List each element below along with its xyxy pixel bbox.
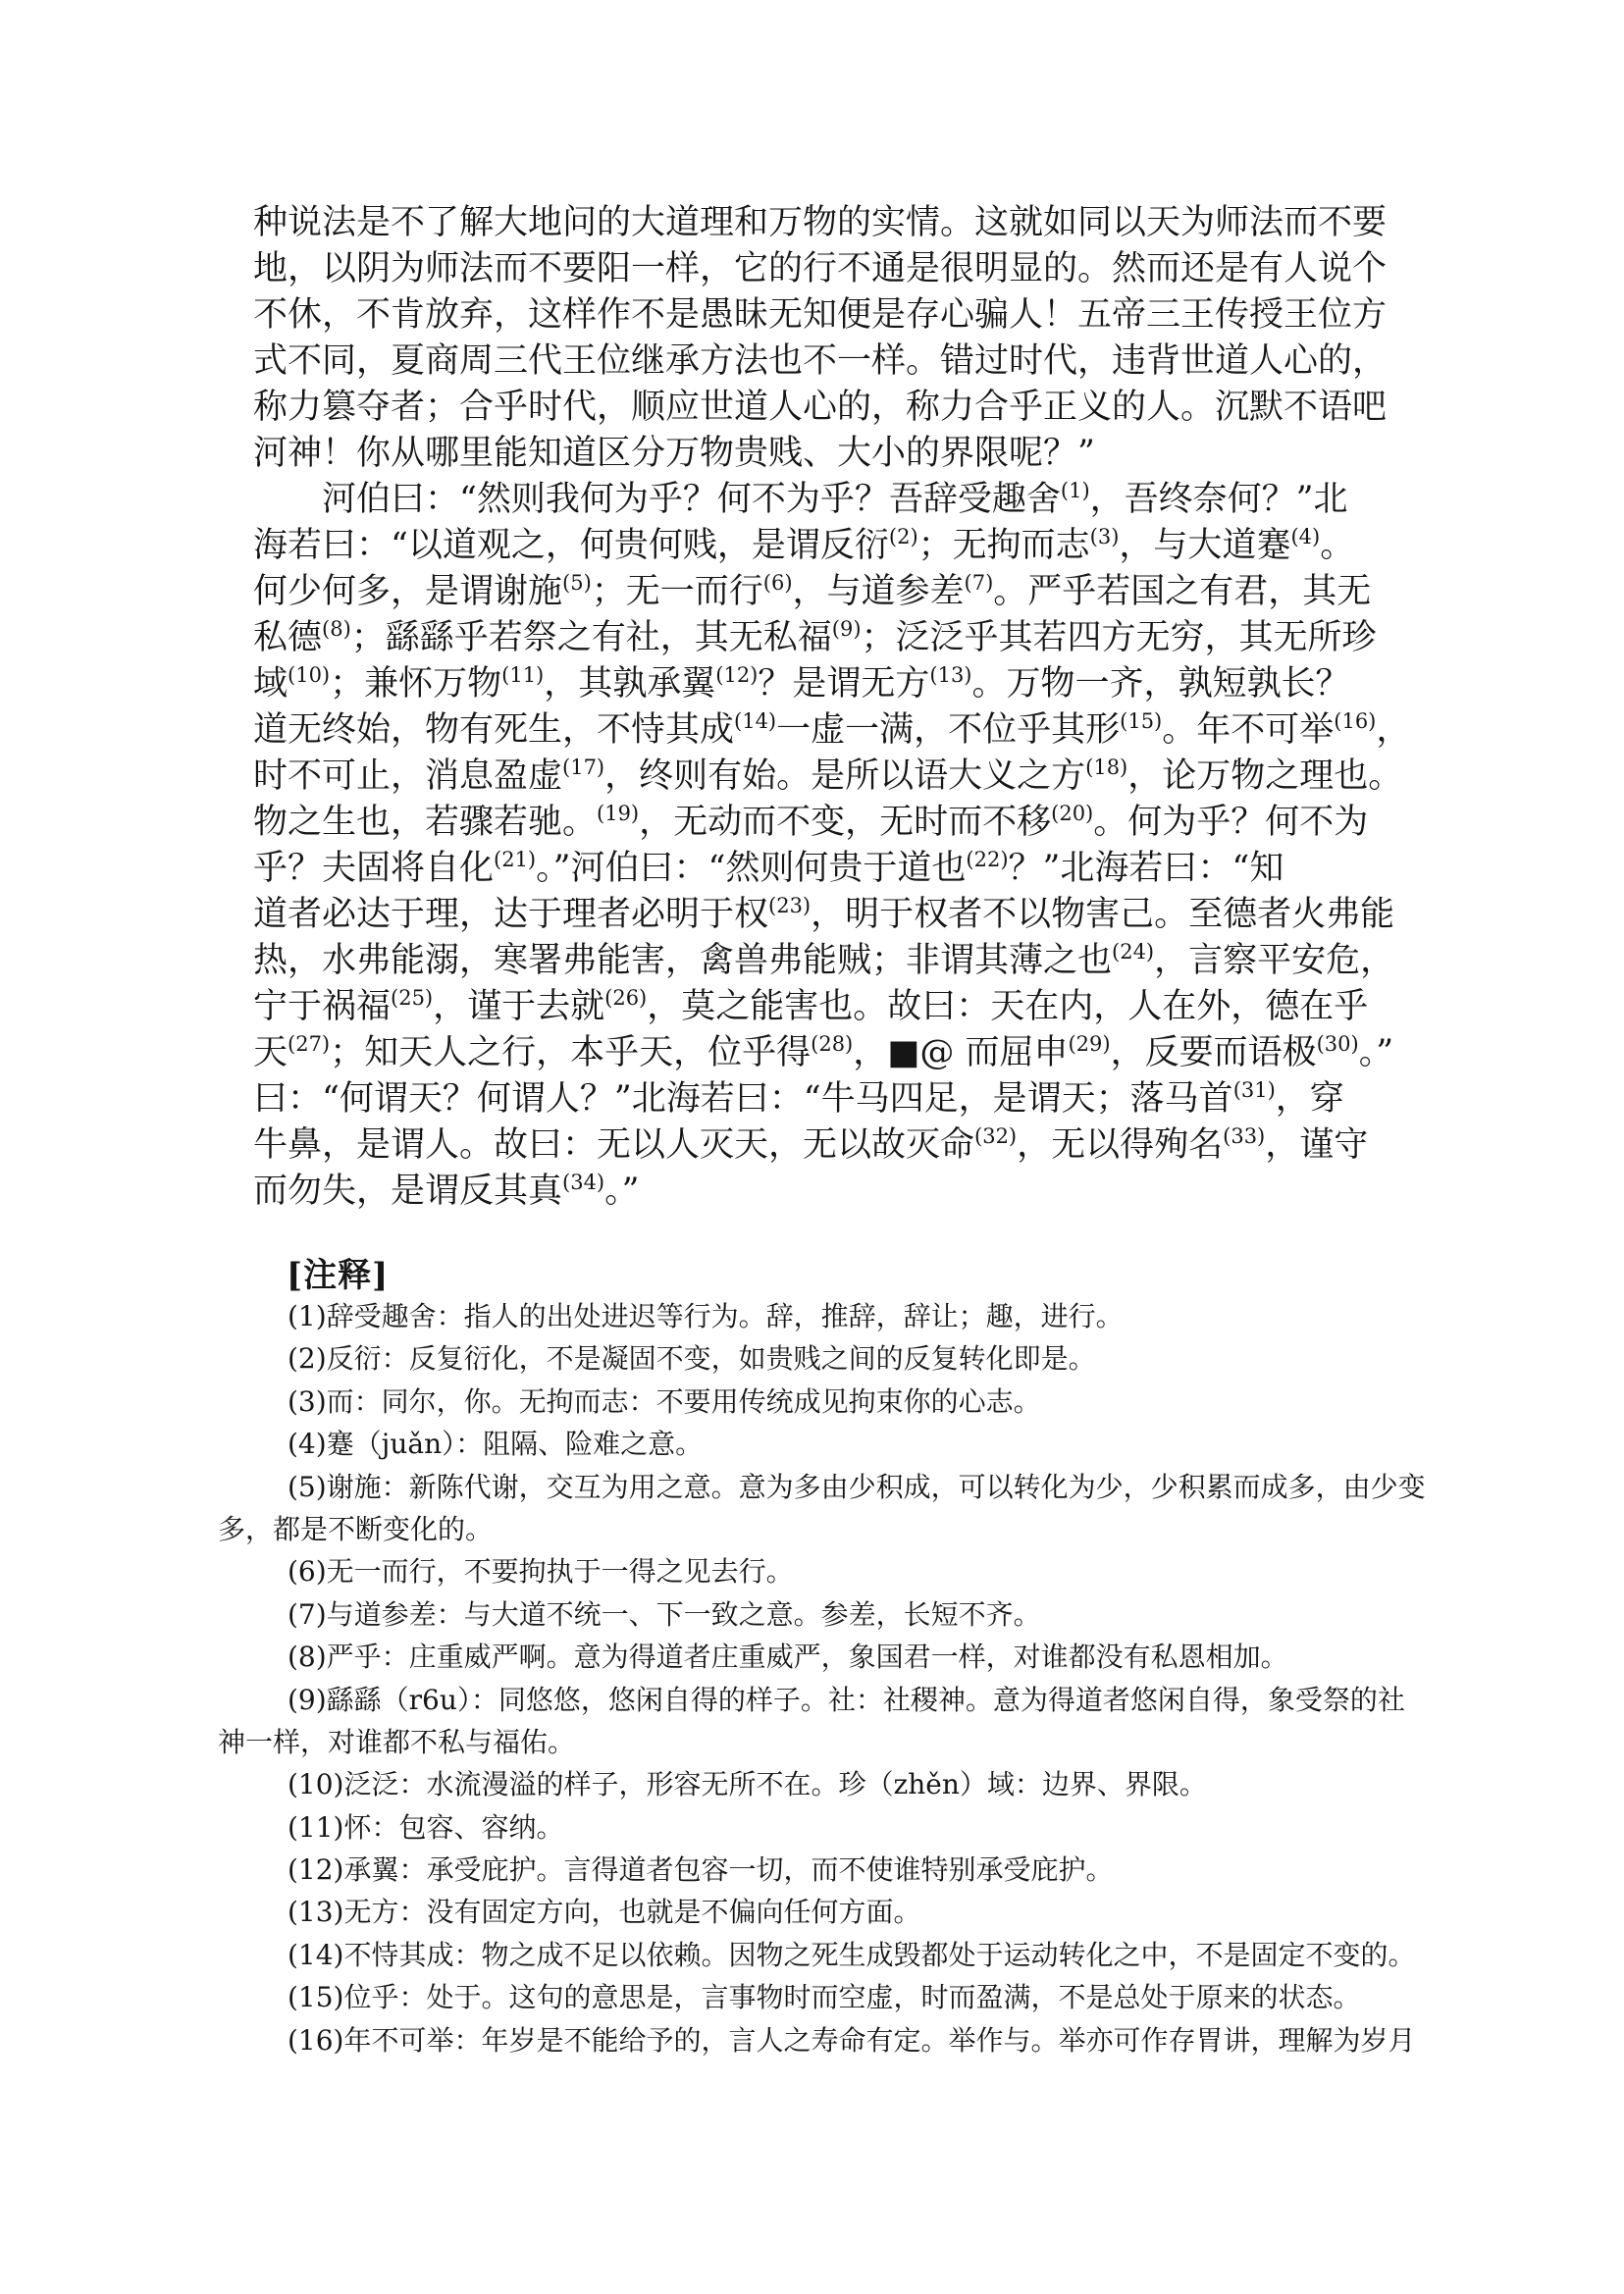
note-ref: (14)	[734, 709, 776, 733]
note-ref: (11)	[501, 663, 544, 687]
text-line: 何少何多，是谓谢施(5)；无一而行(6)，与道参差(7)。严乎若国之有君，其无	[253, 569, 1406, 615]
text-line: 地，以阴为师法而不要阳一样，它的行不通是很明显的。然而还是有人说个	[253, 246, 1406, 292]
text-line: (9)繇繇（r6u）：同悠悠，悠闲自得的样子。社：社稷神。意为得道者悠闲自得，象…	[218, 1679, 1484, 1721]
note-ref: (28)	[811, 1032, 853, 1056]
text-line: 式不同，夏商周三代王位继承方法也不一样。错过时代，违背世道人心的，	[253, 339, 1406, 385]
text-line: 不休，不肯放弃，这样作不是愚昧无知便是存心骗人！五帝三王传授王位方	[253, 292, 1406, 339]
note-ref: (17)	[562, 756, 604, 779]
text-line: 宁于祸福(25)，谨于去就(26)，莫之能害也。故曰：天在内，人在外，德在乎	[253, 984, 1406, 1030]
note-ref: (16)	[1334, 709, 1376, 733]
note-ref: (5)	[562, 571, 592, 595]
text-line: (16)年不可举：年岁是不能给予的，言人之寿命有定。举作与。举亦可作存胃讲，理解…	[218, 2019, 1484, 2061]
note-ref: (15)	[1120, 709, 1162, 733]
text-line: (14)不恃其成：物之成不足以依赖。因物之死生成毁都处于运动转化之中，不是固定不…	[218, 1934, 1484, 1976]
text-line: (11)怀：包容、容纳。	[218, 1806, 1484, 1849]
note-ref: (19)	[597, 802, 639, 825]
text-line: (13)无方：没有固定方向，也就是不偏向任何方面。	[218, 1891, 1484, 1933]
text-line: 河伯曰：“然则我何为乎？何不为乎？吾辞受趣舍(1)，吾终奈何？”北	[253, 477, 1406, 523]
note-ref: (10)	[288, 663, 330, 687]
note-ref: (12)	[715, 663, 758, 687]
main-text-block: 种说法是不了解大地问的大道理和万物的实情。这就如同以天为师法而不要地，以阴为师法…	[253, 200, 1406, 1215]
text-line: 称力篡夺者；合乎时代，顺应世道人心的，称力合乎正义的人。沉默不语吧	[253, 385, 1406, 431]
text-line: 多，都是不断变化的。	[218, 1508, 1484, 1550]
text-line: 天(27)；知天人之行，本乎天，位乎得(28)，■@ 而屈申(29)，反要而语极…	[253, 1030, 1406, 1076]
note-ref: (26)	[604, 986, 647, 1010]
text-line: 乎？夫固将自化(21)。”河伯曰：“然则何贵于道也(22)？”北海若曰：“知	[253, 846, 1406, 892]
note-ref: (6)	[763, 571, 793, 595]
text-line: 道无终始，物有死生，不恃其成(14)一虚一满，不位乎其形(15)。年不可举(16…	[253, 707, 1406, 754]
text-line: (1)辞受趣舍：指人的出处进迟等行为。辞，推辞，辞让；趣，进行。	[218, 1295, 1484, 1337]
note-ref: (8)	[322, 617, 351, 641]
text-line: 热，水弗能溺，寒署弗能害，禽兽弗能贼；非谓其薄之也(24)，言察平安危，	[253, 938, 1406, 984]
text-line: 时不可止，消息盈虚(17)，终则有始。是所以语大义之方(18)，论万物之理也。	[253, 754, 1406, 800]
note-ref: (20)	[1051, 802, 1093, 825]
note-ref: (2)	[889, 525, 918, 548]
text-line: (8)严乎：庄重威严啊。意为得道者庄重威严，象国君一样，对谁都没有私恩相加。	[218, 1636, 1484, 1678]
note-ref: (27)	[288, 1032, 330, 1056]
note-ref: (18)	[1085, 756, 1127, 779]
text-line: (4)蹇（juǎn）：阻隔、险难之意。	[218, 1423, 1484, 1465]
text-line: (6)无一而行，不要拘执于一得之见去行。	[218, 1550, 1484, 1592]
note-ref: (22)	[966, 848, 1008, 871]
note-ref: (1)	[1061, 479, 1090, 502]
text-line: 域(10)；兼怀万物(11)，其孰承翼(12)？是谓无方(13)。万物一齐，孰短…	[253, 661, 1406, 707]
text-line: 牛鼻，是谓人。故曰：无以人灭天，无以故灭命(32)，无以得殉名(33)，谨守	[253, 1122, 1406, 1169]
note-ref: (30)	[1317, 1032, 1359, 1056]
note-ref: (23)	[768, 894, 811, 917]
annotations-header: [注释]	[287, 1248, 389, 1296]
text-line: (5)谢施：新陈代谢，交互为用之意。意为多由少积成，可以转化为少，少积累而成多，…	[218, 1466, 1484, 1508]
note-ref: (13)	[929, 663, 971, 687]
text-line: (3)而：同尔，你。无拘而志：不要用传统成见拘束你的心志。	[218, 1381, 1484, 1423]
book-page: 种说法是不了解大地问的大道理和万物的实情。这就如同以天为师法而不要地，以阴为师法…	[0, 0, 1624, 2294]
annotations-block: (1)辞受趣舍：指人的出处进迟等行为。辞，推辞，辞让；趣，进行。(2)反衍：反复…	[218, 1295, 1484, 2061]
note-ref: (34)	[562, 1171, 604, 1194]
note-ref: (31)	[1233, 1078, 1276, 1102]
note-ref: (3)	[1090, 525, 1120, 548]
note-ref: (7)	[965, 571, 994, 595]
note-ref: (29)	[1068, 1032, 1110, 1056]
text-line: (2)反衍：反复衍化，不是凝固不变，如贵贱之间的反复转化即是。	[218, 1337, 1484, 1380]
text-line: 而勿失，是谓反其真(34)。”	[253, 1169, 1406, 1215]
text-line: 道者必达于理，达于理者必明于权(23)，明于权者不以物害己。至德者火弗能	[253, 892, 1406, 938]
text-line: (12)承翼：承受庇护。言得道者包容一切，而不使谁特别承受庇护。	[218, 1849, 1484, 1891]
note-ref: (9)	[832, 617, 862, 641]
text-line: 河神！你从哪里能知道区分万物贵贱、大小的界限呢？”	[253, 431, 1406, 477]
text-line: (15)位乎：处于。这句的意思是，言事物时而空虚，时而盈满，不是总处于原来的状态…	[218, 1976, 1484, 2018]
text-line: 种说法是不了解大地问的大道理和万物的实情。这就如同以天为师法而不要	[253, 200, 1406, 246]
note-ref: (25)	[391, 986, 433, 1010]
note-ref: (4)	[1290, 525, 1320, 548]
text-line: 海若曰：“以道观之，何贵何贱，是谓反衍(2)；无拘而志(3)，与大道蹇(4)。	[253, 523, 1406, 569]
text-line: 曰：“何谓天？何谓人？”北海若曰：“牛马四足，是谓天；落马首(31)，穿	[253, 1076, 1406, 1122]
text-line: (7)与道参差：与大道不统一、下一致之意。参差，长短不齐。	[218, 1593, 1484, 1636]
note-ref: (21)	[494, 848, 536, 871]
note-ref: (32)	[974, 1124, 1017, 1148]
text-line: 物之生也，若骤若驰。(19)，无动而不变，无时而不移(20)。何为乎？何不为	[253, 800, 1406, 846]
text-line: 神一样，对谁都不私与福佑。	[218, 1721, 1484, 1763]
text-line: 私德(8)；繇繇乎若祭之有社，其无私福(9)；泛泛乎其若四方无穷，其无所珍	[253, 615, 1406, 661]
note-ref: (33)	[1223, 1124, 1265, 1148]
note-ref: (24)	[1112, 940, 1154, 964]
text-line: (10)泛泛：水流漫溢的样子，形容无所不在。珍（zhěn）域：边界、界限。	[218, 1763, 1484, 1805]
